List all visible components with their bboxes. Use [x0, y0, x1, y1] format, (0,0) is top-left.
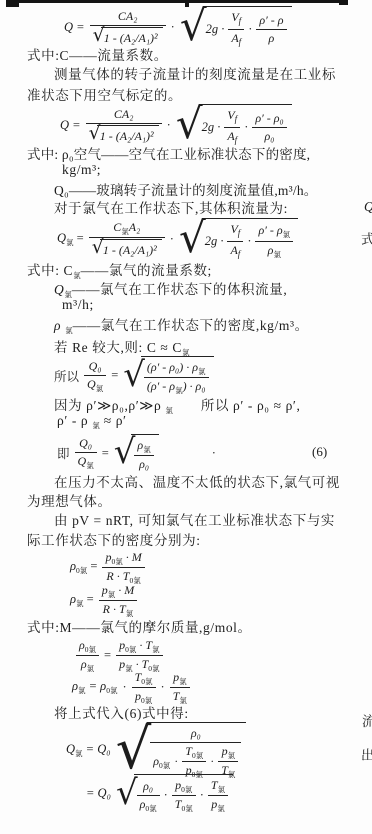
- para-ideal-gas-1: 在压力不太高、温度不太低的状态下,氯气可视: [54, 471, 340, 491]
- unit-m3-h: m³/h;: [62, 297, 94, 313]
- q-ratio-fraction: Q₀ Q氯: [75, 436, 97, 470]
- multiplication-dot: ·: [161, 680, 165, 695]
- para-calibration-1: 测量气体的转子流量计的刻度流量是在工业标: [54, 63, 336, 83]
- density-formula-fraction: p0氯 · M R · T0氯: [102, 550, 144, 586]
- ji-label: 即: [57, 444, 70, 462]
- sqrt-radical: √ ρ氯 ρ₀: [114, 434, 159, 472]
- lhs: Q氯 = Q₀: [66, 742, 111, 759]
- sqrt-radical: √ ρ₀ ρ0氯 · p0氯 T0氯 · T氯 p氯: [116, 774, 233, 814]
- density-fraction: ρ′ - ρ₀ ρ₀: [252, 111, 286, 144]
- radical-icon: √: [92, 238, 104, 257]
- equation-rho-chlorine: ρ氯 = p氯 · M R · T氯: [70, 583, 137, 619]
- multiplication-dot: ·: [247, 234, 251, 249]
- equation-6: 即 Q₀ Q氯 = √ ρ氯 ρ₀ · (6): [57, 434, 216, 472]
- radical-icon: √: [114, 435, 136, 469]
- sqrt-radical: √ 2g · Vf Af · ρ′ - ρ ρ: [180, 6, 292, 48]
- t-fraction: T氯 p氯: [208, 778, 228, 814]
- t-over-p-fraction: T0氯 p0氯: [132, 670, 156, 706]
- where-clause-c: 式中:C——流量系数。: [27, 44, 168, 64]
- where-clause-molar-mass: 式中:M——氯气的摩尔质量,g/mol。: [27, 616, 252, 636]
- suoyi-label: 所以: [54, 367, 79, 385]
- rho-fraction: ρ₀ ρ0氯: [137, 779, 160, 813]
- radical-icon: √: [176, 103, 203, 145]
- equation-chlorine-flow: Q氯 = C氯A₂ √1 - (A₂/A₁)² · √ 2g · Vf Af ·…: [57, 218, 298, 260]
- sqrt-radical: √ 2g · Vf Af · ρ′ - ρ氯 ρ氯: [179, 218, 298, 260]
- p-fraction: p0氯 T0氯: [172, 778, 196, 814]
- equation-air-standard: Q = CA₂ √1 - (A₂/A₁)² · √ 2g · Vf Af · ρ…: [60, 104, 292, 146]
- rhs-fraction: p0氯 · T氯 p氯 · T0氯: [116, 638, 162, 674]
- multiplication-dot: ·: [244, 120, 248, 135]
- eq3-lhs: Q氯 =: [57, 231, 84, 248]
- equation-flow-ratio: 所以 Q₀ Q氯 = √ (ρ′ - ρ₀) · ρ氯 (ρ′ - ρ氯) · …: [54, 356, 214, 396]
- multiplication-dot: ·: [174, 754, 178, 769]
- radical-icon: √: [116, 722, 152, 778]
- sqrt-radical: √1 - (A₂/A₁)²: [93, 27, 163, 46]
- equation-orifice-general: Q = CA₂ √1 - (A₂/A₁)² · √ 2g · Vf Af · ρ…: [64, 6, 292, 48]
- para-calibration-2: 准状态下用空气标定的。: [27, 84, 182, 104]
- radical-icon: √: [93, 26, 105, 45]
- para-ideal-gas-2: 为理想气体。: [27, 490, 112, 510]
- lhs-fraction: ρ0氯 ρ氯: [76, 638, 99, 674]
- density-fraction: ρ′ - ρ ρ: [256, 13, 286, 46]
- eq1-lhs: Q =: [64, 20, 85, 35]
- para-pv-nrt-1: 由 pV = nRT, 可知氯气在工业标准状态下与实: [54, 509, 335, 529]
- radical-icon: √: [180, 5, 207, 47]
- vf-af-fraction: Vf Af: [228, 10, 244, 48]
- radical-icon: √: [116, 776, 138, 810]
- multiplication-dot: ·: [170, 232, 174, 247]
- re-large-statement: 若 Re 较大,则: C ≈ C氯: [54, 336, 190, 358]
- density-ratio-fraction: (ρ′ - ρ₀) · ρ氯 (ρ′ - ρ氯) · ρ₀: [144, 360, 209, 396]
- density-fraction: ρ′ - ρ氯 ρ氯: [255, 223, 293, 259]
- radical-icon: √: [123, 358, 145, 392]
- p-over-t-fraction: p氯 T氯: [170, 670, 190, 706]
- equation-rho0-chlorine: ρ0氯 = p0氯 · M R · T0氯: [70, 550, 145, 586]
- where-clause-rho-cl: ρ 氯——氯气在工作状态下的密度,kg/m³。: [54, 314, 309, 336]
- sqrt-radical: √ 2g · Vf Af · ρ′ - ρ₀ ρ₀: [176, 104, 292, 146]
- where-clause-q0: Q₀——玻璃转子流量计的刻度流量值,m³/h。: [54, 179, 317, 199]
- adjacent-column-char-q: Q: [364, 199, 372, 215]
- multiplication-dot: ·: [164, 788, 168, 803]
- multiplication-dot: ·: [248, 22, 252, 37]
- rho-ratio-fraction: ρ氯 ρ₀: [134, 438, 153, 472]
- sqrt-radical: √1 - (A₂/A₁)²: [92, 239, 162, 258]
- radical-icon: √: [179, 217, 206, 259]
- vf-af-fraction: Vf Af: [227, 222, 243, 260]
- table-border-stub-left: [6, 0, 19, 7]
- multiplication-dot: ·: [122, 680, 126, 695]
- multiplication-dot: ·: [212, 446, 216, 461]
- lhs: ρ氯 =: [70, 592, 94, 609]
- equation-rho-substitute: ρ氯 = ρ0氯 · T0氯 p0氯 · p氯 T氯: [72, 670, 190, 706]
- multiplication-dot: ·: [171, 20, 175, 35]
- eq2-main-fraction: CA₂ √1 - (A₂/A₁)²: [86, 107, 162, 144]
- equation-density-ratio: ρ0氯 ρ氯 = p0氯 · T氯 p氯 · T0氯: [76, 638, 163, 674]
- table-border-stub-right: [339, 0, 348, 5]
- big-fraction: ρ₀ ρ0氯 · T0氯 p0氯 · p氯 T氯: [150, 726, 241, 780]
- para-chlorine-flow: 对于氯气在工作状态下,其体积流量为:: [54, 197, 288, 217]
- lhs: ρ0氯 =: [70, 559, 97, 576]
- eq1-main-fraction: CA₂ √1 - (A₂/A₁)²: [90, 9, 166, 46]
- approx-statement: ρ′ - ρ 氯 ≈ ρ′: [57, 413, 127, 431]
- adjacent-column-char-shi: 式: [361, 228, 372, 248]
- sqrt-radical: √ (ρ′ - ρ₀) · ρ氯 (ρ′ - ρ氯) · ρ₀: [123, 356, 213, 396]
- radical-icon: √: [89, 124, 101, 143]
- multiplication-dot: ·: [167, 118, 171, 133]
- adjacent-column-char-chu: 出: [361, 744, 372, 764]
- where-clause-rho0: 式中: ρ₀空气——空气在工业标准状态下的密度,: [27, 143, 310, 163]
- page-canvas: Q = CA₂ √1 - (A₂/A₁)² · √ 2g · Vf Af · ρ…: [0, 0, 372, 834]
- para-pv-nrt-2: 际工作状态下的密度分别为:: [27, 529, 201, 549]
- scanned-paper-page: { "edge": { "q": "Q", "shi": "式", "liu":…: [0, 0, 372, 834]
- multiplication-dot: ·: [200, 788, 204, 803]
- lhs: ρ氯 = ρ0氯: [72, 679, 117, 696]
- density-formula-fraction: p氯 · M R · T氯: [99, 583, 138, 619]
- eq3-main-fraction: C氯A₂ √1 - (A₂/A₁)²: [89, 220, 165, 258]
- sqrt-radical: √1 - (A₂/A₁)²: [89, 125, 159, 144]
- q-ratio-fraction: Q₀ Q氯: [84, 359, 106, 393]
- unit-kg-m3: kg/m³;: [62, 162, 101, 178]
- equation-number: (6): [312, 444, 327, 460]
- equation-final-form: = Q₀ √ ρ₀ ρ0氯 · p0氯 T0氯 · T氯 p氯: [86, 774, 233, 814]
- multiplication-dot: ·: [210, 754, 214, 769]
- equation-q-chlorine-result: Q氯 = Q₀ √ ρ₀ ρ0氯 · T0氯 p0氯 · p氯: [66, 722, 246, 780]
- adjacent-column-char-liu: 流: [362, 710, 372, 730]
- den-rho: ρ0氯: [153, 754, 170, 770]
- sqrt-radical: √ ρ₀ ρ0氯 · T0氯 p0氯 · p氯 T氯: [116, 722, 247, 780]
- vf-af-fraction: Vf Af: [224, 108, 240, 146]
